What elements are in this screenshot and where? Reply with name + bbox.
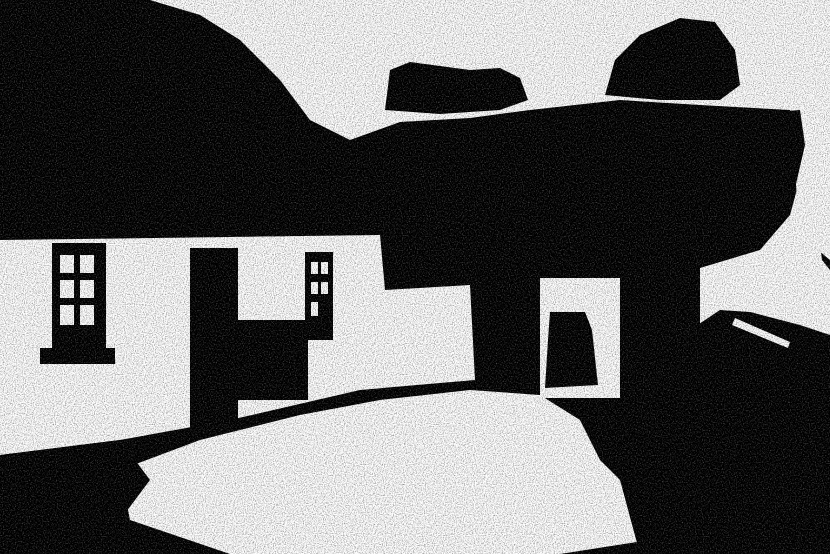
photo-cottages: High-contrast black-and-white thresholde… bbox=[0, 0, 830, 554]
grain-light bbox=[0, 0, 830, 554]
photo-canvas bbox=[0, 0, 830, 554]
